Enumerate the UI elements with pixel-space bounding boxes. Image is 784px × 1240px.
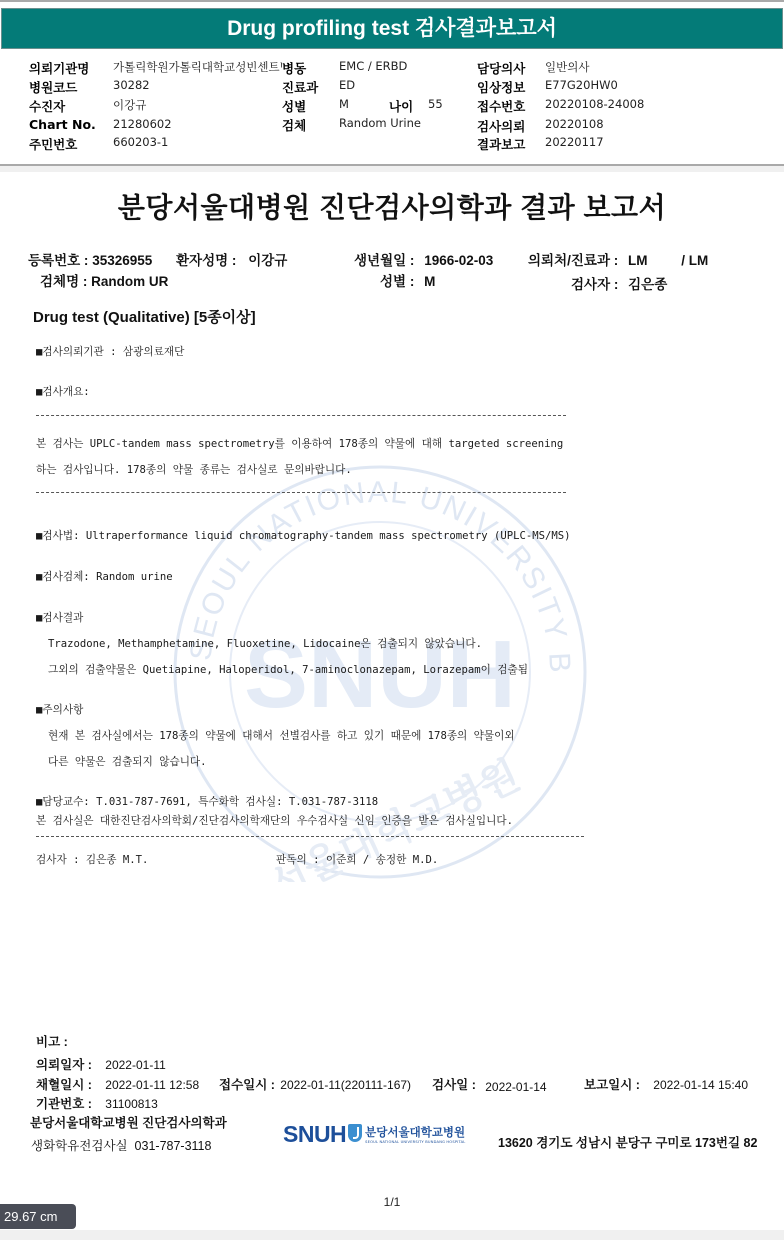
- patient-name: 환자성명 : 이강규: [176, 249, 287, 269]
- snuh-logo-names: 분당서울대학교병원 SEOUL NATIONAL UNIVERSITY BUND…: [365, 1124, 465, 1144]
- receipt-time-label: 접수일시 :: [219, 1078, 275, 1092]
- caution-heading: ■주의사항: [36, 702, 83, 717]
- receipt-time: 접수일시 : 2022-01-11(220111-167): [219, 1075, 411, 1093]
- shield-icon: [348, 1124, 362, 1142]
- label-resident-no: 주민번호: [29, 135, 77, 153]
- specimen-name-label: 검체명 :: [40, 274, 87, 289]
- value-chart-no: 21280602: [113, 117, 172, 131]
- caution-line-1: 현재 본 검사실에서는 178종의 약물에 대해서 선별검사를 하고 있기 때문…: [48, 728, 515, 743]
- referrer-value2: / LM: [681, 253, 708, 268]
- test-date-label: 검사일 :: [432, 1078, 476, 1092]
- label-hospital-code: 병원코드: [29, 78, 77, 96]
- method: ■검사법: Ultraperformance liquid chromatogr…: [36, 528, 571, 543]
- examiner-label: 검사자 :: [571, 277, 618, 292]
- remarks: 비고 :: [36, 1032, 68, 1050]
- value-requesting-institution: 가톨릭학원가톨릭대학교성빈센트병원: [113, 59, 302, 75]
- snuh-logo-text: SNUH: [283, 1121, 346, 1148]
- report-time-value: 2022-01-14 15:40: [653, 1078, 748, 1092]
- address: 13620 경기도 성남시 분당구 구미로 173번길 82: [498, 1133, 757, 1151]
- label-physician: 담당의사: [477, 59, 525, 77]
- value-department: ED: [339, 78, 355, 92]
- request-date-value: 2022-01-11: [105, 1058, 166, 1072]
- department-name-text: 분당서울대학교병원 진단검사의학과: [30, 1116, 227, 1130]
- label-ward: 병동: [282, 59, 306, 77]
- examiner: 검사자 : 김은종: [571, 273, 667, 293]
- collection-time-label: 채혈일시 :: [36, 1078, 92, 1092]
- divider: [36, 415, 566, 416]
- label-specimen: 검체: [282, 116, 306, 134]
- birth-date: 생년월일 : 1966-02-03: [354, 249, 493, 269]
- value-sex: M: [339, 97, 349, 111]
- referrer-value: LM: [628, 253, 648, 268]
- request-date-label: 의뢰일자 :: [36, 1058, 92, 1072]
- result-line-2: 그외의 검출약물은 Quetiapine, Haloperidol, 7-ami…: [48, 662, 528, 677]
- institution-no: 기관번호 : 31100813: [36, 1094, 158, 1112]
- reader-signature: 판독의 : 이준희 / 송정한 M.D.: [276, 852, 438, 867]
- divider: [36, 836, 584, 837]
- lab-phone: 생화학유전검사실 031-787-3118: [31, 1136, 211, 1154]
- department-name: 분당서울대학교병원 진단검사의학과: [30, 1113, 227, 1131]
- reg-no-value: 35326955: [92, 253, 152, 268]
- referrer: 의뢰처/진료과 : LM / LM: [528, 249, 708, 269]
- overview-heading: ■검사개요:: [36, 384, 90, 399]
- summary-sheet: Drug profiling test 검사결과보고서 의뢰기관명 가톨릭학원가…: [0, 0, 784, 166]
- label-receipt-no: 접수번호: [477, 97, 525, 115]
- birth-date-value: 1966-02-03: [424, 253, 493, 268]
- institution-no-value: 31100813: [105, 1097, 158, 1111]
- snuh-logo: SNUH 분당서울대학교병원 SEOUL NATIONAL UNIVERSITY…: [283, 1119, 465, 1149]
- collection-time-value: 2022-01-11 12:58: [105, 1078, 199, 1092]
- reg-no-label: 등록번호 :: [28, 253, 88, 268]
- label-requesting-institution: 의뢰기관명: [29, 59, 89, 77]
- request-date: 의뢰일자 : 2022-01-11: [36, 1055, 166, 1073]
- value-ward: EMC / ERBD: [339, 59, 407, 73]
- snuh-korean-name: 분당서울대학교병원: [365, 1124, 465, 1140]
- value-receipt-no: 20220108-24008: [545, 97, 644, 111]
- report-time-label: 보고일시 :: [584, 1078, 640, 1092]
- report-page: SEOUL NATIONAL UNIVERSITY BUNDANG HOSPIT…: [0, 172, 784, 1185]
- remarks-label: 비고 :: [36, 1035, 68, 1049]
- label-examinee: 수진자: [29, 97, 65, 115]
- collection-time: 채혈일시 : 2022-01-11 12:58: [36, 1075, 199, 1093]
- page-indicator: 1/1: [0, 1195, 784, 1209]
- value-resident-no: 660203-1: [113, 135, 168, 149]
- label-result-report: 결과보고: [477, 135, 525, 153]
- address-text: 13620 경기도 성남시 분당구 구미로 173번길 82: [498, 1136, 757, 1150]
- patient-name-label: 환자성명 :: [176, 253, 236, 268]
- value-result-report: 20220117: [545, 135, 604, 149]
- label-age: 나이: [389, 97, 413, 115]
- test-name: Drug test (Qualitative) [5종이상]: [33, 306, 256, 327]
- label-test-request: 검사의뢰: [477, 117, 525, 135]
- requesting-org: ■검사의뢰기관 : 삼광의료재단: [36, 344, 184, 359]
- patient-name-value: 이강규: [248, 253, 287, 268]
- measurement-badge: 29.67 cm: [0, 1204, 76, 1229]
- test-date: 검사일 : 2022-01-14: [432, 1075, 547, 1093]
- receipt-time-value: 2022-01-11(220111-167): [280, 1078, 411, 1092]
- overview-line-1: 본 검사는 UPLC-tandem mass spectrometry를 이용하…: [36, 436, 563, 451]
- certification: 본 검사실은 대한진단검사의학회/진단검사의학재단의 우수검사실 신임 인증을 …: [36, 813, 513, 828]
- value-test-request: 20220108: [545, 117, 604, 131]
- value-physician: 일반의사: [545, 59, 589, 75]
- reg-no: 등록번호 : 35326955: [28, 249, 152, 269]
- viewer-bottom-strip: [0, 1230, 784, 1240]
- summary-title: Drug profiling test 검사결과보고서: [1, 8, 783, 49]
- test-date-value: 2022-01-14: [485, 1080, 546, 1094]
- report-sex-label: 성별 :: [380, 274, 414, 289]
- referrer-label: 의뢰처/진료과 :: [528, 253, 618, 268]
- contact-info: ■담당교수: T.031-787-7691, 특수화학 검사실: T.031-7…: [36, 794, 378, 809]
- divider: [36, 492, 566, 493]
- specimen-name-value: Random UR: [91, 274, 168, 289]
- result-line-1: Trazodone, Methamphetamine, Fluoxetine, …: [48, 636, 482, 651]
- report-sex: 성별 : M: [380, 270, 435, 290]
- examiner-signature: 검사자 : 김은종 M.T.: [36, 852, 148, 867]
- specimen-name: 검체명 : Random UR: [40, 270, 168, 290]
- caution-line-2: 다른 약물은 검출되지 않습니다.: [48, 754, 207, 769]
- institution-no-label: 기관번호 :: [36, 1097, 92, 1111]
- examiner-value: 김은종: [628, 277, 667, 292]
- report-title: 분당서울대병원 진단검사의학과 결과 보고서: [0, 186, 784, 226]
- value-age: 55: [428, 97, 443, 111]
- value-examinee: 이강규: [113, 97, 146, 113]
- specimen-type: ■검사검체: Random urine: [36, 569, 173, 584]
- label-chart-no: Chart No.: [29, 117, 96, 132]
- label-clinical-info: 임상정보: [477, 78, 525, 96]
- value-hospital-code: 30282: [113, 78, 150, 92]
- label-sex: 성별: [282, 97, 306, 115]
- birth-date-label: 생년월일 :: [354, 253, 414, 268]
- snuh-english-name: SEOUL NATIONAL UNIVERSITY BUNDANG HOSPIT…: [365, 1140, 465, 1144]
- report-time: 보고일시 : 2022-01-14 15:40: [584, 1075, 748, 1093]
- result-heading: ■검사결과: [36, 610, 83, 625]
- overview-line-2: 하는 검사입니다. 178종의 약물 종류는 검사실로 문의바랍니다.: [36, 462, 352, 477]
- value-clinical-info: E77G20HW0: [545, 78, 618, 92]
- report-sex-value: M: [424, 274, 435, 289]
- label-department: 진료과: [282, 78, 318, 96]
- value-specimen: Random Urine: [339, 116, 421, 130]
